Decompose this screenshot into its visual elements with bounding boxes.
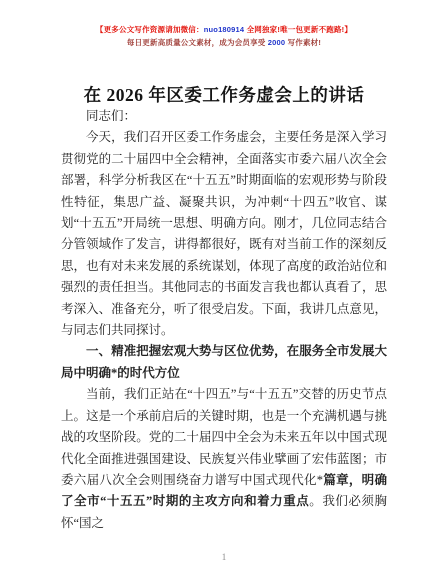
promo-line2-suffix: 写作素材! [285, 38, 321, 47]
text-run: 同志们： [86, 109, 136, 123]
document-page: 【更多公文写作资源请加微信：nuo180914 全网独家!唯一包更新不跑路!】 … [0, 0, 448, 580]
material-count: 2000 [268, 38, 286, 47]
promo-line-1: 【更多公文写作资源请加微信：nuo180914 全网独家!唯一包更新不跑路!】 [0, 23, 448, 36]
paragraph: 今天，我们召开区委工作务虚会，主要任务是深入学习贯彻党的二十届四中全会精神，全面… [61, 127, 387, 341]
promo-line1-suffix: 全网独家!唯一包更新不跑路!】 [244, 25, 352, 34]
paragraph: 当前，我们正站在“十四五”与“十五五”交替的历史节点上。这是一个承前启后的关键时… [61, 384, 387, 534]
bold-text-run: 一、精准把握宏观大势与区位优势，在服务全市发展大局中明确*的时代方位 [61, 344, 387, 379]
document-title: 在 2026 年区委工作务虚会上的讲话 [0, 82, 448, 107]
text-run: 今天，我们召开区委工作务虚会，主要任务是深入学习贯彻党的二十届四中全会精神，全面… [61, 130, 387, 337]
promo-line2-prefix: 每日更新高质量公文素材，成为会员享受 [127, 38, 268, 47]
document-body: 同志们：今天，我们召开区委工作务虚会，主要任务是深入学习贯彻党的二十届四中全会精… [61, 106, 387, 534]
promo-header: 【更多公文写作资源请加微信：nuo180914 全网独家!唯一包更新不跑路!】 … [0, 23, 448, 49]
promo-line1-prefix: 【更多公文写作资源请加微信： [96, 25, 204, 34]
wechat-id: nuo180914 [204, 25, 245, 34]
section-heading: 一、精准把握宏观大势与区位优势，在服务全市发展大局中明确*的时代方位 [61, 341, 387, 384]
paragraph: 同志们： [61, 106, 387, 127]
promo-line-2: 每日更新高质量公文素材，成为会员享受 2000 写作素材! [0, 36, 448, 49]
page-number: 1 [0, 552, 448, 562]
